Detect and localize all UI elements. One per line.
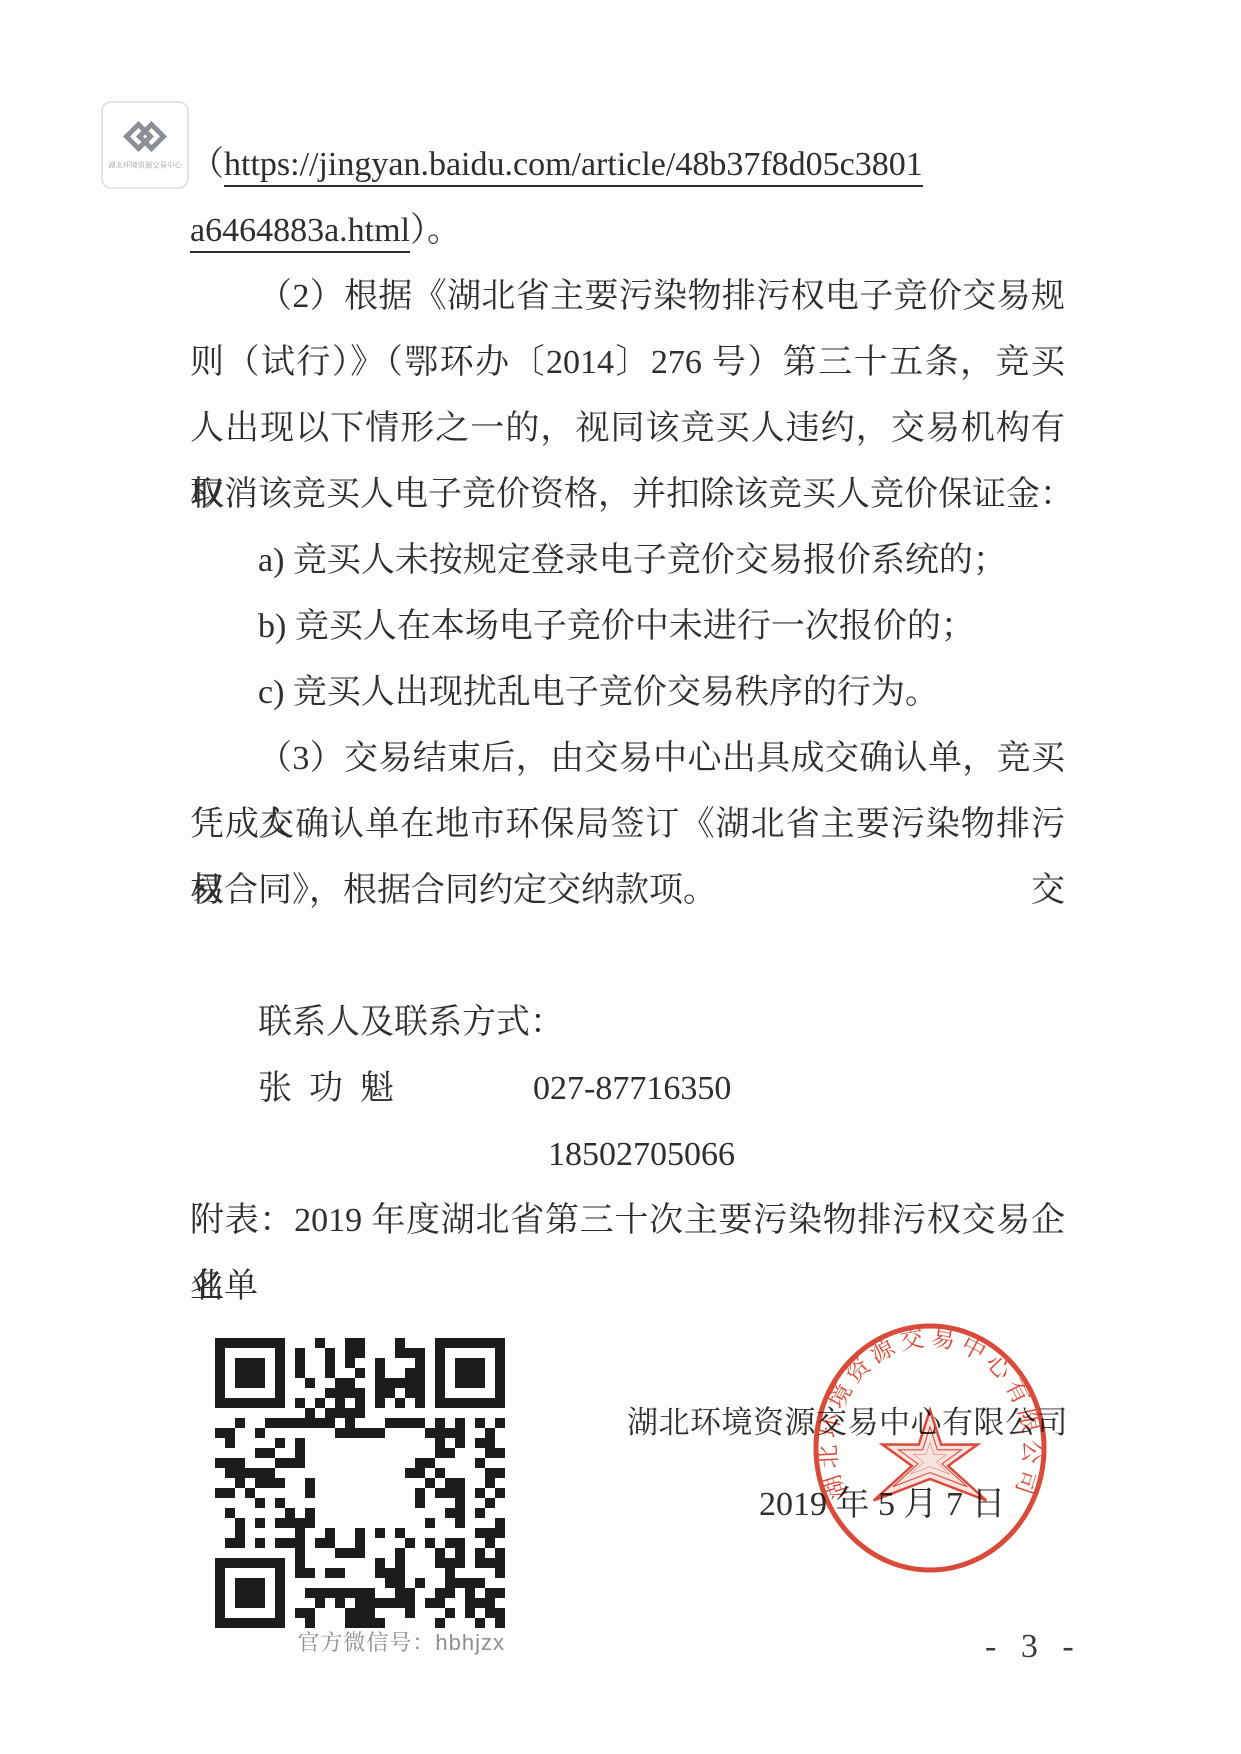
qr-module	[435, 1588, 445, 1598]
qr-module	[235, 1468, 245, 1478]
qr-module	[495, 1488, 505, 1498]
qr-module	[345, 1358, 355, 1368]
qr-module	[215, 1378, 225, 1388]
qr-module	[215, 1348, 225, 1358]
qr-module	[275, 1558, 285, 1568]
qr-module	[345, 1428, 355, 1438]
qr-module	[225, 1488, 235, 1498]
qr-module	[425, 1478, 435, 1488]
qr-module	[415, 1468, 425, 1478]
qr-module	[495, 1398, 505, 1408]
qr-module	[465, 1588, 475, 1598]
qr-module	[445, 1588, 455, 1598]
qr-module	[235, 1588, 245, 1598]
qr-module	[475, 1578, 485, 1588]
qr-module	[345, 1348, 355, 1358]
qr-module	[475, 1548, 485, 1558]
qr-module	[395, 1558, 405, 1568]
qr-module	[275, 1378, 285, 1388]
qr-module	[375, 1428, 385, 1438]
qr-module	[435, 1468, 445, 1478]
qr-module	[485, 1428, 495, 1438]
qr-module	[305, 1488, 315, 1498]
qr-module	[365, 1588, 375, 1598]
qr-module	[385, 1598, 395, 1608]
qr-module	[485, 1398, 495, 1408]
qr-module	[435, 1348, 445, 1358]
qr-module	[295, 1458, 305, 1468]
qr-module	[475, 1418, 485, 1428]
qr-module	[275, 1358, 285, 1368]
qr-module	[255, 1448, 265, 1458]
qr-module	[415, 1388, 425, 1398]
paragraph-3-line-1: （3）交易结束后，由交易中心出具成交确认单，竞买人	[190, 726, 1065, 792]
open-paren: （	[190, 146, 224, 183]
qr-module	[325, 1418, 335, 1428]
qr-module	[325, 1388, 335, 1398]
list-item-b: b) 竞买人在本场电子竞价中未进行一次报价的；	[190, 594, 1065, 660]
qr-module	[235, 1368, 245, 1378]
qr-module	[335, 1398, 345, 1408]
qr-module	[335, 1428, 345, 1438]
qr-module	[415, 1348, 425, 1358]
qr-module	[455, 1428, 465, 1438]
qr-module	[455, 1578, 465, 1588]
qr-module	[465, 1358, 475, 1368]
qr-module	[415, 1358, 425, 1368]
qr-module	[285, 1458, 295, 1468]
qr-module	[295, 1558, 305, 1568]
qr-module	[475, 1458, 485, 1468]
qr-module	[275, 1398, 285, 1408]
qr-module	[265, 1478, 275, 1488]
qr-module	[395, 1398, 405, 1408]
qr-module	[435, 1488, 445, 1498]
qr-module	[355, 1368, 365, 1378]
blank-line	[190, 924, 1065, 990]
qr-module	[355, 1338, 365, 1348]
qr-module	[485, 1438, 495, 1448]
qr-module	[275, 1588, 285, 1598]
qr-module	[495, 1448, 505, 1458]
qr-module	[395, 1548, 405, 1558]
qr-module	[265, 1558, 275, 1568]
qr-module	[255, 1378, 265, 1388]
qr-module	[445, 1428, 455, 1438]
url-line-1: （https://jingyan.baidu.com/article/48b37…	[190, 132, 1065, 198]
qr-module	[475, 1368, 485, 1378]
qr-module	[265, 1398, 275, 1408]
qr-module	[235, 1558, 245, 1568]
qr-module	[245, 1598, 255, 1608]
qr-module	[445, 1508, 455, 1518]
qr-module	[355, 1398, 365, 1408]
qr-module	[215, 1488, 225, 1498]
qr-module	[245, 1578, 255, 1588]
qr-module	[295, 1518, 305, 1528]
qr-module	[355, 1528, 365, 1538]
qr-module	[215, 1598, 225, 1608]
qr-module	[405, 1538, 415, 1548]
qr-module	[405, 1468, 415, 1478]
qr-module	[295, 1438, 305, 1448]
page-number: - 3 -	[985, 1628, 1082, 1666]
qr-module	[425, 1458, 435, 1468]
qr-module	[295, 1548, 305, 1558]
qr-module	[335, 1408, 345, 1418]
qr-module	[225, 1398, 235, 1408]
qr-module	[495, 1368, 505, 1378]
qr-module	[225, 1428, 235, 1438]
signature-date: 2019 年 5 月 7 日	[759, 1482, 1006, 1528]
qr-module	[315, 1598, 325, 1608]
qr-module	[265, 1418, 275, 1428]
qr-module	[285, 1418, 295, 1428]
qr-module	[405, 1348, 415, 1358]
qr-module	[445, 1608, 455, 1618]
qr-module	[475, 1398, 485, 1408]
qr-module	[225, 1468, 235, 1478]
qr-module	[485, 1468, 495, 1478]
qr-module	[395, 1338, 405, 1348]
seal-ring	[816, 1326, 1044, 1570]
qr-module	[245, 1468, 255, 1478]
qr-module	[465, 1598, 475, 1608]
qr-module	[395, 1578, 405, 1588]
qr-module	[395, 1598, 405, 1608]
qr-module	[305, 1588, 315, 1598]
qr-module	[245, 1338, 255, 1348]
qr-module	[255, 1578, 265, 1588]
qr-module	[295, 1418, 305, 1428]
signature-company: 湖北环境资源交易中心有限公司	[627, 1400, 1068, 1446]
qr-module	[235, 1458, 245, 1468]
qr-module	[415, 1378, 425, 1388]
qr-module	[325, 1348, 335, 1358]
qr-module	[495, 1348, 505, 1358]
qr-module	[245, 1378, 255, 1388]
qr-module	[495, 1528, 505, 1538]
qr-module	[495, 1548, 505, 1558]
qr-center-logo: 湖北环境资源交易中心	[101, 101, 189, 189]
qr-module	[435, 1598, 445, 1608]
qr-module	[495, 1568, 505, 1578]
hyperlink-url-line-1[interactable]: https://jingyan.baidu.com/article/48b37f…	[224, 146, 923, 187]
qr-module	[355, 1388, 365, 1398]
qr-module	[295, 1398, 305, 1408]
qr-module	[335, 1388, 345, 1398]
qr-module	[275, 1418, 285, 1428]
qr-module	[435, 1398, 445, 1408]
qr-module	[375, 1388, 385, 1398]
qr-module	[455, 1378, 465, 1388]
contact-phone-mobile: 18502705066	[548, 1122, 735, 1188]
qr-module	[215, 1358, 225, 1368]
qr-module	[235, 1478, 245, 1488]
qr-module	[355, 1588, 365, 1598]
paragraph-2-line-4: 取消该竞买人电子竞价资格，并扣除该竞买人竞价保证金：	[190, 462, 1065, 528]
qr-module	[275, 1568, 285, 1578]
close-paren: ）。	[410, 212, 461, 249]
qr-module	[395, 1348, 405, 1358]
qr-module	[225, 1458, 235, 1468]
qr-module	[445, 1398, 455, 1408]
qr-module	[325, 1358, 335, 1368]
qr-module	[465, 1398, 475, 1408]
qr-module	[455, 1338, 465, 1348]
qr-module	[345, 1378, 355, 1388]
qr-module	[405, 1598, 415, 1608]
qr-module	[395, 1418, 405, 1428]
qr-module	[355, 1548, 365, 1558]
qr-module	[215, 1398, 225, 1408]
qr-module	[475, 1338, 485, 1348]
qr-module	[415, 1578, 425, 1588]
qr-module	[405, 1588, 415, 1598]
paragraph-2-line-2: 则（试行）》（鄂环办〔2014〕276 号）第三十五条，竞买	[190, 330, 1065, 396]
qr-module	[475, 1438, 485, 1448]
qr-module	[395, 1568, 405, 1578]
url-line-2: a6464883a.html）。	[190, 198, 1065, 264]
qr-module	[215, 1578, 225, 1588]
qr-module	[335, 1588, 345, 1598]
contact-heading: 联系人及联系方式：	[190, 990, 1065, 1056]
qr-module	[405, 1608, 415, 1618]
qr-module	[375, 1528, 385, 1538]
qr-module	[275, 1338, 285, 1348]
qr-module	[325, 1568, 335, 1578]
qr-module	[445, 1578, 455, 1588]
qr-module	[475, 1488, 485, 1498]
contact-name-line: 张功魁027-87716350	[190, 1056, 1065, 1122]
qr-module	[485, 1588, 495, 1598]
list-item-a: a) 竞买人未按规定登录电子竞价交易报价系统的；	[190, 528, 1065, 594]
qr-module	[355, 1538, 365, 1548]
qr-module	[215, 1428, 225, 1438]
qr-module	[495, 1588, 505, 1598]
qr-module	[235, 1578, 245, 1588]
qr-module	[315, 1588, 325, 1598]
qr-module	[385, 1578, 395, 1588]
qr-module	[275, 1438, 285, 1448]
qr-module	[345, 1588, 355, 1598]
qr-module	[355, 1408, 365, 1418]
qr-module	[455, 1508, 465, 1518]
qr-module	[305, 1378, 315, 1388]
qr-module	[375, 1598, 385, 1608]
hyperlink-url-line-2[interactable]: a6464883a.html	[190, 212, 410, 253]
qr-module	[415, 1398, 425, 1408]
qr-module	[415, 1458, 425, 1468]
qr-module	[295, 1568, 305, 1578]
qr-module	[225, 1508, 235, 1518]
qr-module	[295, 1448, 305, 1458]
qr-module	[295, 1348, 305, 1358]
qr-module	[435, 1448, 445, 1458]
qr-module	[445, 1568, 455, 1578]
qr-module	[255, 1518, 265, 1528]
qr-module	[325, 1588, 335, 1598]
paragraph-2-line-3: 人出现以下情形之一的，视同该竞买人违约，交易机构有权	[190, 396, 1065, 462]
qr-module	[385, 1388, 395, 1398]
qr-module	[495, 1338, 505, 1348]
qr-module	[455, 1498, 465, 1508]
qr-module	[215, 1568, 225, 1578]
qr-module	[275, 1498, 285, 1508]
qr-module	[245, 1398, 255, 1408]
qr-module	[415, 1368, 425, 1378]
qr-module	[455, 1368, 465, 1378]
qr-module	[415, 1418, 425, 1428]
qr-module	[465, 1368, 475, 1378]
qr-module	[495, 1558, 505, 1568]
qr-module	[405, 1418, 415, 1428]
qr-module	[415, 1488, 425, 1498]
qr-module	[325, 1368, 335, 1378]
qr-module	[305, 1508, 315, 1518]
qr-module	[235, 1598, 245, 1608]
qr-module	[295, 1368, 305, 1378]
qr-module	[255, 1398, 265, 1408]
qr-module	[225, 1338, 235, 1348]
qr-module	[275, 1518, 285, 1528]
qr-module	[475, 1598, 485, 1608]
qr-module	[375, 1368, 385, 1378]
qr-module	[245, 1588, 255, 1598]
qr-module	[495, 1518, 505, 1528]
qr-module	[405, 1378, 415, 1388]
qr-module	[235, 1358, 245, 1368]
qr-module	[315, 1398, 325, 1408]
qr-module	[455, 1358, 465, 1368]
qr-module	[275, 1538, 285, 1548]
qr-module	[245, 1558, 255, 1568]
qr-module	[315, 1338, 325, 1348]
qr-module	[445, 1338, 455, 1348]
qr-module	[455, 1538, 465, 1548]
qr-module	[265, 1338, 275, 1348]
qr-module	[255, 1358, 265, 1368]
qr-module	[445, 1538, 455, 1548]
qr-module	[255, 1428, 265, 1438]
qr-module	[465, 1338, 475, 1348]
qr-module	[325, 1528, 335, 1538]
qr-module	[255, 1368, 265, 1378]
qr-module	[485, 1538, 495, 1548]
qr-module	[265, 1448, 275, 1458]
qr-module	[495, 1388, 505, 1398]
qr-module	[325, 1408, 335, 1418]
contact-name: 张功魁	[258, 1070, 411, 1107]
qr-module	[435, 1438, 445, 1448]
qr-module	[295, 1538, 305, 1548]
qr-module	[345, 1548, 355, 1558]
qr-module	[485, 1338, 495, 1348]
qr-module	[355, 1428, 365, 1438]
qr-module	[345, 1388, 355, 1398]
qr-caption: 官方微信号：hbhjzx	[215, 1626, 505, 1657]
qr-module	[405, 1368, 415, 1378]
qr-module	[455, 1548, 465, 1558]
qr-module	[365, 1428, 375, 1438]
qr-module	[385, 1568, 395, 1578]
qr-module	[235, 1378, 245, 1388]
qr-module	[425, 1428, 435, 1438]
qr-module	[475, 1558, 485, 1568]
qr-module	[475, 1508, 485, 1518]
qr-module	[465, 1578, 475, 1588]
qr-module	[455, 1418, 465, 1428]
qr-module	[365, 1608, 375, 1618]
qr-module	[235, 1538, 245, 1548]
qr-module	[485, 1448, 495, 1458]
qr-module	[255, 1538, 265, 1548]
qr-module	[235, 1528, 245, 1538]
qr-module	[255, 1338, 265, 1348]
qr-module	[475, 1378, 485, 1388]
qr-module	[315, 1418, 325, 1428]
qr-module	[395, 1528, 405, 1538]
qr-module	[215, 1388, 225, 1398]
qr-module	[285, 1538, 295, 1548]
contact-mobile-line: 18502705066	[190, 1122, 1065, 1188]
qr-module	[325, 1538, 335, 1548]
qr-module	[385, 1378, 395, 1388]
qr-module	[225, 1558, 235, 1568]
qr-module	[235, 1398, 245, 1408]
qr-module	[305, 1608, 315, 1618]
qr-module	[345, 1608, 355, 1618]
qr-module	[345, 1408, 355, 1418]
qr-module	[485, 1498, 495, 1508]
qr-module	[435, 1418, 445, 1428]
qr-module	[305, 1418, 315, 1428]
qr-module	[455, 1518, 465, 1528]
qr-module	[245, 1358, 255, 1368]
attachment-line-1: 附表：2019 年度湖北省第三十次主要污染物排污权交易企业	[190, 1188, 1065, 1254]
qr-module	[345, 1338, 355, 1348]
qr-module	[305, 1568, 315, 1578]
qr-module	[255, 1588, 265, 1598]
qr-module	[255, 1498, 265, 1508]
qr-module	[215, 1458, 225, 1468]
qr-module	[355, 1598, 365, 1608]
qr-module	[435, 1358, 445, 1368]
qr-module	[255, 1478, 265, 1488]
qr-module	[355, 1608, 365, 1618]
paragraph-3-line-2: 凭成交确认单在地市环保局签订《湖北省主要污染物排污权交	[190, 792, 1065, 858]
contact-phone-office: 027-87716350	[533, 1056, 731, 1122]
qr-module	[335, 1568, 345, 1578]
qr-module	[395, 1588, 405, 1598]
qr-module	[375, 1558, 385, 1568]
qr-module	[335, 1378, 345, 1388]
qr-module	[275, 1598, 285, 1608]
qr-module	[235, 1418, 245, 1428]
qr-module	[275, 1458, 285, 1468]
qr-module	[425, 1518, 435, 1528]
qr-module	[435, 1338, 445, 1348]
qr-module	[495, 1358, 505, 1368]
qr-module	[275, 1348, 285, 1358]
qr-module	[275, 1368, 285, 1378]
qr-module	[455, 1438, 465, 1448]
qr-module	[345, 1418, 355, 1428]
qr-module	[455, 1478, 465, 1488]
qr-module	[415, 1498, 425, 1508]
qr-module	[435, 1378, 445, 1388]
qr-module	[225, 1538, 235, 1548]
